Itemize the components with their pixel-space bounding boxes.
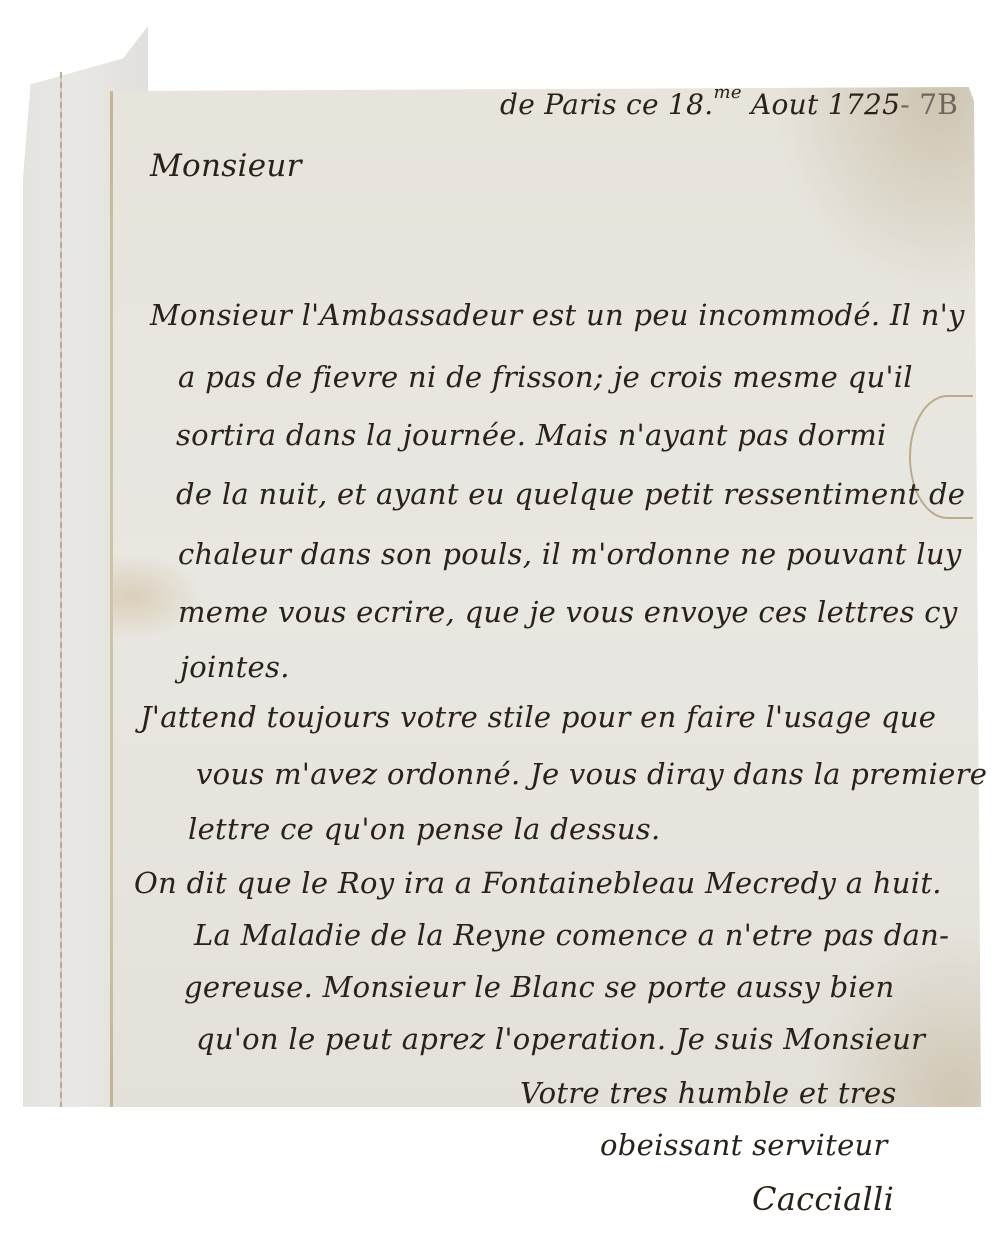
closing-line-1: Votre tres humble et tres bbox=[520, 1076, 897, 1110]
letter-line-4: de la nuit, et ayant eu quelque petit re… bbox=[176, 477, 965, 511]
dateline: de Paris ce 18.me Aout 1725- 7B bbox=[500, 88, 958, 121]
letter-line-11: On dit que le Roy ira a Fontainebleau Me… bbox=[134, 866, 942, 900]
letter-line-3: sortira dans la journée. Mais n'ayant pa… bbox=[176, 418, 887, 452]
dateline-month-year: Aout 1725 bbox=[751, 88, 900, 121]
dateline-place: de Paris ce 18. bbox=[500, 88, 713, 121]
letter-line-13: gereuse. Monsieur le Blanc se porte auss… bbox=[184, 970, 894, 1004]
letter-line-2: a pas de fievre ni de frisson; je crois … bbox=[178, 360, 913, 394]
letter-line-10: lettre ce qu'on pense la dessus. bbox=[188, 812, 661, 846]
letter-line-7: jointes. bbox=[180, 650, 290, 684]
salutation: Monsieur bbox=[150, 148, 302, 184]
signature: Caccialli bbox=[752, 1180, 894, 1218]
letter-line-5: chaleur dans son pouls, il m'ordonne ne … bbox=[178, 537, 962, 571]
letter-line-12: La Maladie de la Reyne comence a n'etre … bbox=[194, 918, 949, 952]
fold-crease-line bbox=[60, 72, 62, 1107]
letter-line-6: meme vous ecrire, que je vous envoye ces… bbox=[178, 595, 958, 629]
closing-line-2: obeissant serviteur bbox=[600, 1128, 888, 1162]
letter-line-14: qu'on le peut aprez l'operation. Je suis… bbox=[196, 1022, 925, 1056]
letter-line-9: vous m'avez ordonné. Je vous diray dans … bbox=[196, 757, 987, 791]
dateline-ordinal: me bbox=[713, 82, 741, 103]
letter-line-8: J'attend toujours votre stile pour en fa… bbox=[140, 700, 936, 734]
archival-mark: - 7B bbox=[900, 88, 958, 121]
letter-line-1: Monsieur l'Ambassadeur est un peu incomm… bbox=[150, 298, 965, 332]
